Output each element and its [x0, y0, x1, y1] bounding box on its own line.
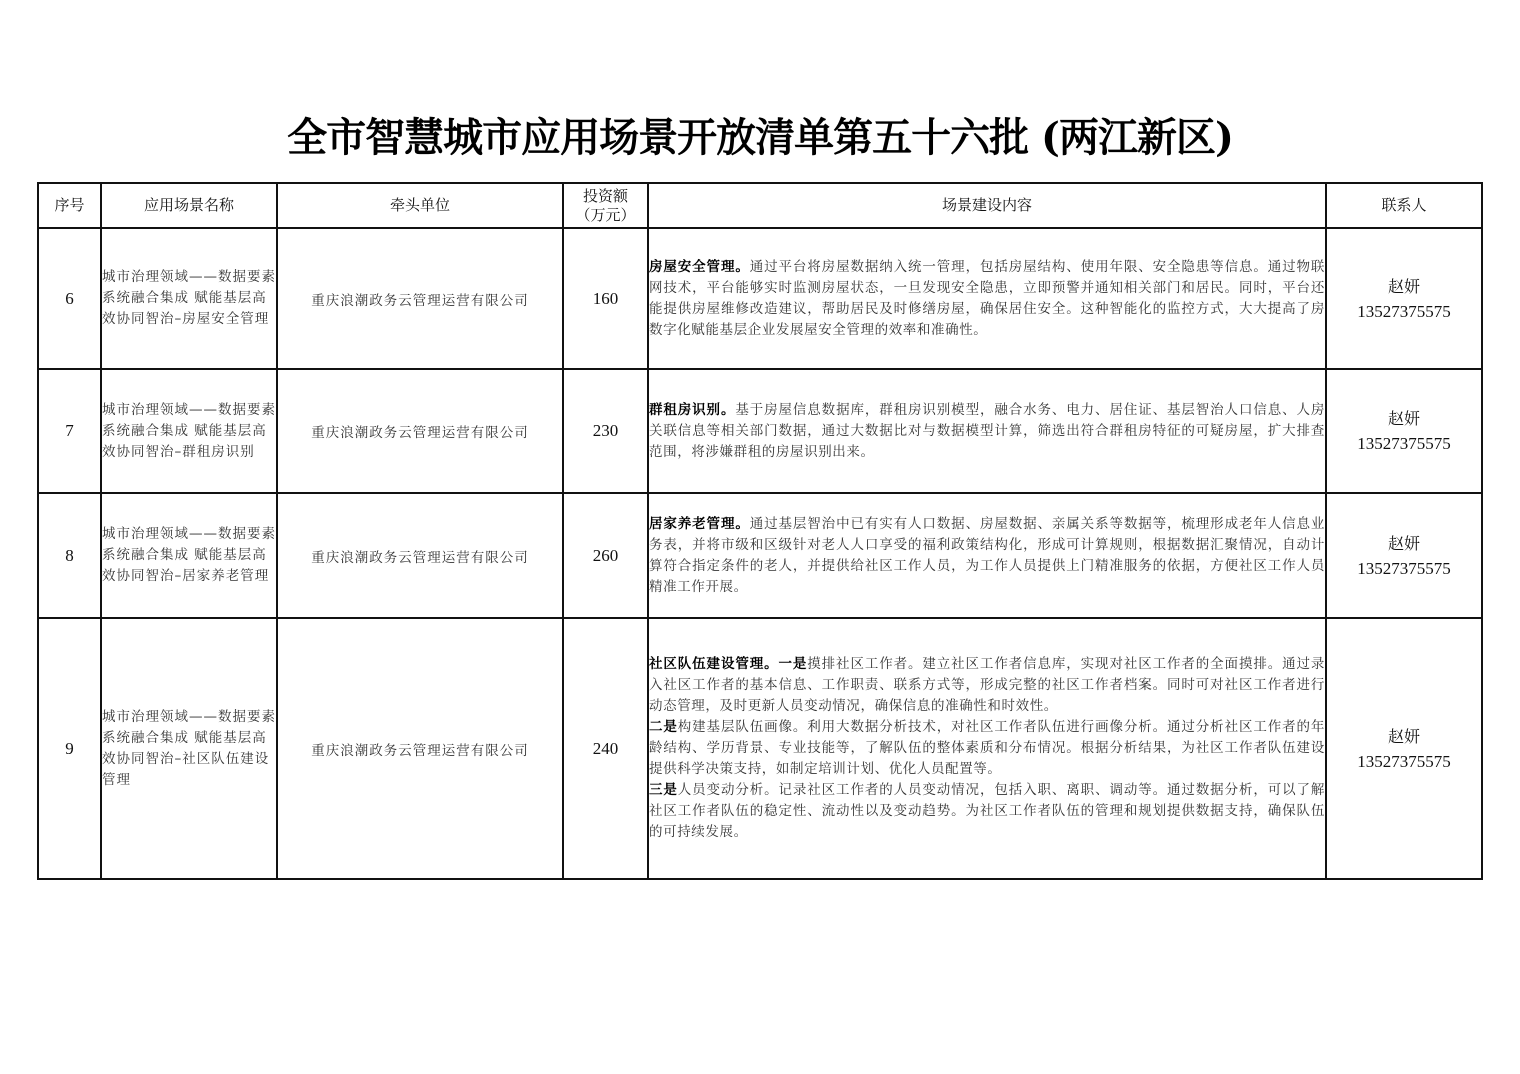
- row-lead-org: 重庆浪潮政务云管理运营有限公司: [277, 228, 563, 369]
- table-row: 8 城市治理领域——数据要素系统融合集成 赋能基层高效协同智治–居家养老管理 重…: [38, 493, 1482, 618]
- row-contact: 赵妍 13527375575: [1326, 493, 1482, 618]
- table-header-row: 序号 应用场景名称 牵头单位 投资额 （万元） 场景建设内容 联系人: [38, 183, 1482, 228]
- content-lead: 群租房识别。: [649, 402, 735, 418]
- header-index: 序号: [38, 183, 101, 228]
- content-text: 基于房屋信息数据库，群租房识别模型，融合水务、电力、居住证、基层智治人口信息、人…: [649, 402, 1325, 460]
- header-name: 应用场景名称: [101, 183, 277, 228]
- row-lead-org: 重庆浪潮政务云管理运营有限公司: [277, 493, 563, 618]
- page-title: 全市智慧城市应用场景开放清单第五十六批 (两江新区): [0, 110, 1520, 166]
- content-paragraph: 三是人员变动分析。记录社区工作者的人员变动情况，包括入职、离职、调动等。通过数据…: [649, 780, 1325, 843]
- header-contact: 联系人: [1326, 183, 1482, 228]
- row-content: 居家养老管理。通过基层智治中已有实有人口数据、房屋数据、亲属关系等数据等，梳理形…: [648, 493, 1326, 618]
- row-content: 房屋安全管理。通过平台将房屋数据纳入统一管理，包括房屋结构、使用年限、安全隐患等…: [648, 228, 1326, 369]
- content-text: 人员变动分析。记录社区工作者的人员变动情况，包括入职、离职、调动等。通过数据分析…: [649, 782, 1325, 840]
- header-amount-label: 投资额: [564, 187, 647, 206]
- content-lead: 居家养老管理。: [649, 516, 750, 532]
- content-text: 构建基层队伍画像。利用大数据分析技术，对社区工作者队伍进行画像分析。通过分析社区…: [649, 719, 1325, 777]
- table-row: 6 城市治理领域——数据要素系统融合集成 赋能基层高效协同智治–房屋安全管理 重…: [38, 228, 1482, 369]
- contact-name: 赵妍: [1327, 274, 1481, 299]
- row-amount: 230: [563, 369, 648, 493]
- row-index: 7: [38, 369, 101, 493]
- row-contact: 赵妍 13527375575: [1326, 369, 1482, 493]
- scenario-table: 序号 应用场景名称 牵头单位 投资额 （万元） 场景建设内容 联系人 6 城市治…: [37, 182, 1483, 880]
- row-content: 社区队伍建设管理。一是摸排社区工作者。建立社区工作者信息库，实现对社区工作者的全…: [648, 618, 1326, 879]
- row-index: 9: [38, 618, 101, 879]
- row-contact: 赵妍 13527375575: [1326, 228, 1482, 369]
- content-paragraph: 居家养老管理。通过基层智治中已有实有人口数据、房屋数据、亲属关系等数据等，梳理形…: [649, 516, 1325, 595]
- row-amount: 240: [563, 618, 648, 879]
- row-lead-org: 重庆浪潮政务云管理运营有限公司: [277, 369, 563, 493]
- contact-phone: 13527375575: [1327, 556, 1481, 581]
- header-content: 场景建设内容: [648, 183, 1326, 228]
- contact-phone: 13527375575: [1327, 431, 1481, 456]
- row-amount: 160: [563, 228, 648, 369]
- row-scenario-name: 城市治理领域——数据要素系统融合集成 赋能基层高效协同智治–群租房识别: [101, 369, 277, 493]
- row-index: 6: [38, 228, 101, 369]
- content-paragraph: 房屋安全管理。通过平台将房屋数据纳入统一管理，包括房屋结构、使用年限、安全隐患等…: [649, 259, 1325, 338]
- row-lead-org: 重庆浪潮政务云管理运营有限公司: [277, 618, 563, 879]
- row-content: 群租房识别。基于房屋信息数据库，群租房识别模型，融合水务、电力、居住证、基层智治…: [648, 369, 1326, 493]
- row-amount: 260: [563, 493, 648, 618]
- header-amount-unit: （万元）: [564, 206, 647, 225]
- content-lead: 社区队伍建设管理。一是: [649, 656, 807, 672]
- contact-name: 赵妍: [1327, 531, 1481, 556]
- row-scenario-name: 城市治理领域——数据要素系统融合集成 赋能基层高效协同智治–居家养老管理: [101, 493, 277, 618]
- contact-phone: 13527375575: [1327, 299, 1481, 324]
- row-contact: 赵妍 13527375575: [1326, 618, 1482, 879]
- table-row: 7 城市治理领域——数据要素系统融合集成 赋能基层高效协同智治–群租房识别 重庆…: [38, 369, 1482, 493]
- contact-name: 赵妍: [1327, 724, 1481, 749]
- content-lead: 房屋安全管理。: [649, 259, 750, 275]
- header-org: 牵头单位: [277, 183, 563, 228]
- row-scenario-name: 城市治理领域——数据要素系统融合集成 赋能基层高效协同智治–房屋安全管理: [101, 228, 277, 369]
- row-index: 8: [38, 493, 101, 618]
- content-lead: 三是: [649, 782, 678, 798]
- content-text: 通过平台将房屋数据纳入统一管理，包括房屋结构、使用年限、安全隐患等信息。通过物联…: [649, 259, 1325, 338]
- content-paragraph: 群租房识别。基于房屋信息数据库，群租房识别模型，融合水务、电力、居住证、基层智治…: [649, 402, 1325, 460]
- content-lead: 二是: [649, 719, 678, 735]
- contact-phone: 13527375575: [1327, 749, 1481, 774]
- content-paragraph: 社区队伍建设管理。一是摸排社区工作者。建立社区工作者信息库，实现对社区工作者的全…: [649, 654, 1325, 717]
- content-text: 通过基层智治中已有实有人口数据、房屋数据、亲属关系等数据等，梳理形成老年人信息业…: [649, 516, 1325, 595]
- header-amount: 投资额 （万元）: [563, 183, 648, 228]
- contact-name: 赵妍: [1327, 406, 1481, 431]
- row-scenario-name: 城市治理领域——数据要素系统融合集成 赋能基层高效协同智治–社区队伍建设管理: [101, 618, 277, 879]
- content-paragraph: 二是构建基层队伍画像。利用大数据分析技术，对社区工作者队伍进行画像分析。通过分析…: [649, 717, 1325, 780]
- table-row: 9 城市治理领域——数据要素系统融合集成 赋能基层高效协同智治–社区队伍建设管理…: [38, 618, 1482, 879]
